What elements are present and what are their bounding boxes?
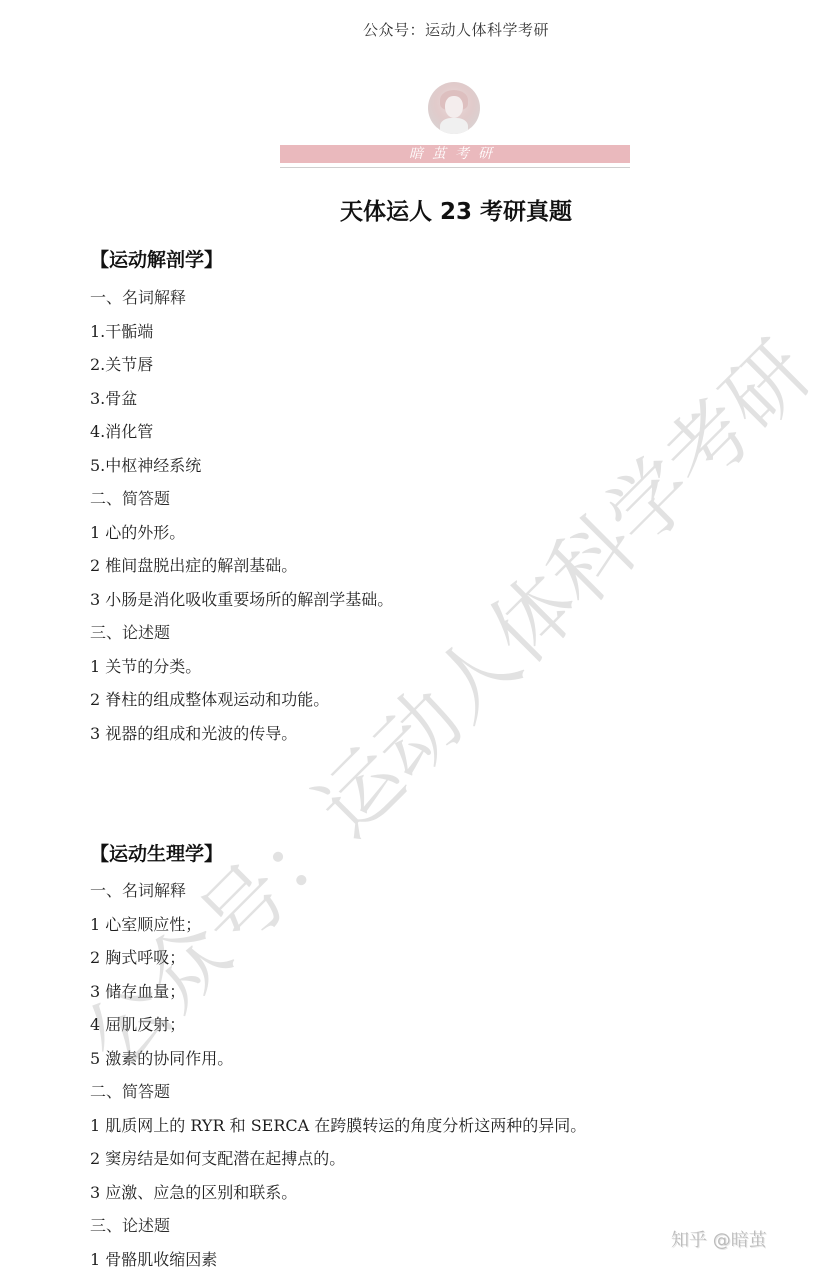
- question-item: 4 屈肌反射；: [90, 1015, 185, 1035]
- account-header: 公众号：运动人体科学考研: [0, 19, 821, 40]
- avatar-body: [440, 118, 468, 134]
- subsection-heading: 一、名词解释: [90, 288, 186, 308]
- question-item: 3.骨盆: [90, 389, 137, 409]
- question-item: 3 应激、应急的区别和联系。: [90, 1183, 297, 1203]
- question-item: 2.关节唇: [90, 355, 153, 375]
- question-item: 3 视器的组成和光波的传导。: [90, 724, 297, 744]
- brand-banner: 暗茧考研: [280, 145, 630, 163]
- question-item: 1 骨骼肌收缩因素: [90, 1250, 217, 1270]
- question-item: 1 肌质网上的 RYR 和 SERCA 在跨膜转运的角度分析这两种的异同。: [90, 1116, 586, 1136]
- question-item: 5 激素的协同作用。: [90, 1049, 233, 1069]
- section-heading-physiology: 【运动生理学】: [90, 839, 223, 866]
- question-item: 5.中枢神经系统: [90, 456, 201, 476]
- avatar-face: [445, 96, 463, 118]
- section-heading-anatomy: 【运动解剖学】: [90, 245, 223, 272]
- question-item: 1.干骺端: [90, 322, 153, 342]
- platform-watermark: 知乎 @暗茧: [671, 1226, 767, 1252]
- question-item: 2 椎间盘脱出症的解剖基础。: [90, 556, 297, 576]
- question-item: 1 心的外形。: [90, 523, 185, 543]
- question-item: 1 心室顺应性；: [90, 915, 201, 935]
- document-title: 天体运人 23 考研真题: [0, 193, 821, 226]
- subsection-heading: 三、论述题: [90, 623, 170, 643]
- subsection-heading: 一、名词解释: [90, 881, 186, 901]
- avatar-portrait-icon: [428, 82, 480, 134]
- subsection-heading: 二、简答题: [90, 489, 170, 509]
- question-item: 2 胸式呼吸；: [90, 948, 185, 968]
- question-item: 3 小肠是消化吸收重要场所的解剖学基础。: [90, 590, 393, 610]
- question-item: 4.消化管: [90, 422, 153, 442]
- question-item: 1 关节的分类。: [90, 657, 201, 677]
- banner-divider: [280, 167, 630, 168]
- question-item: 2 窦房结是如何支配潜在起搏点的。: [90, 1149, 345, 1169]
- subsection-heading: 三、论述题: [90, 1216, 170, 1236]
- question-item: 2 脊柱的组成整体观运动和功能。: [90, 690, 329, 710]
- subsection-heading: 二、简答题: [90, 1082, 170, 1102]
- question-item: 3 储存血量；: [90, 982, 185, 1002]
